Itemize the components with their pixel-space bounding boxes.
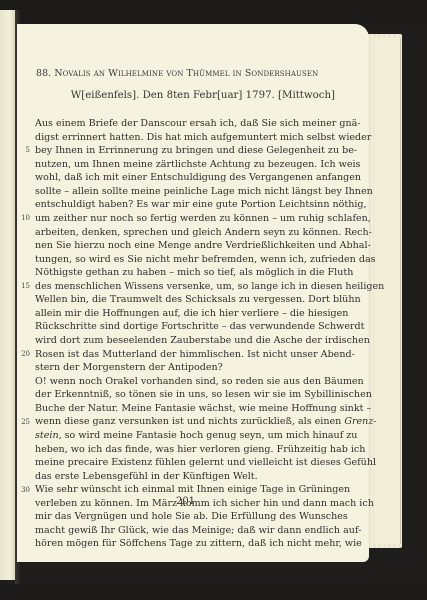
text-line: meine precaire Existenz fühlen gelernt u… (35, 456, 333, 470)
background-bottom (0, 584, 427, 600)
text-line: sollte – allein sollte meine peinliche L… (35, 185, 333, 199)
text-line: entschuldigt haben? Es war mir eine gute… (35, 198, 333, 212)
line-number: 20 (18, 350, 30, 358)
text-line: um zeither nur noch so fertig werden zu … (35, 212, 333, 226)
text-line-with-italic: wenn diese ganz versunken ist und nichts… (35, 415, 333, 429)
text-line: Nöthigste gethan zu haben – mich so tief… (35, 266, 333, 280)
text-line: mir das Vergnügen und hole Sie ab. Die E… (35, 510, 333, 524)
text-line: bey Ihnen in Errinnerung zu bringen und … (35, 144, 333, 158)
text-line: wohl, daß ich mit einer Entschuldigung d… (35, 171, 333, 185)
text-line: tungen, so wird es Sie nicht mehr befrem… (35, 253, 333, 267)
text-line: Rückschritte sind dortige Fortschritte –… (35, 320, 333, 334)
text-line: der Erkenntniß, so tönen sie in uns, so … (35, 388, 333, 402)
letter-dateline: W[eißenfels]. Den 8ten Febr[uar] 1797. [… (36, 90, 335, 101)
text-line: wird dort zum beseelenden Zauberstabe un… (35, 334, 333, 348)
text-segment: so wird meine Fantasie hoch genug seyn, … (62, 430, 358, 441)
text-line: stern der Morgenstern der Antipoden? (35, 361, 333, 375)
text-line: macht gewiß Ihr Glück, wie das Meinige; … (35, 524, 333, 538)
text-line: Rosen ist das Mutterland der himmlischen… (35, 348, 333, 362)
text-line: hören mögen für Söffchens Tage zu zitter… (35, 537, 333, 551)
text-line: Aus einem Briefe der Danscour ersah ich,… (35, 117, 333, 131)
letter-heading: 88. Novalis an Wilhelmine von Thümmel in… (36, 68, 346, 79)
line-number: 15 (18, 282, 30, 290)
facing-page-edge (0, 10, 16, 580)
line-number: 10 (18, 214, 30, 222)
text-line: des menschlichen Wissens versenke, um, s… (35, 280, 333, 294)
background-top (0, 0, 427, 24)
text-line: O! wenn noch Orakel vorhanden sind, so r… (35, 375, 333, 389)
text-line: allein mir die Hoffnungen auf, die ich h… (35, 307, 333, 321)
text-line: Wie sehr wünscht ich einmal mit Ihnen ei… (35, 483, 333, 497)
text-line: arbeiten, denken, sprechen und gleich An… (35, 226, 333, 240)
letter-number: 88. (36, 68, 51, 79)
letter-title: Novalis an Wilhelmine von Thümmel in Son… (54, 68, 318, 79)
italic-word: stein, (35, 430, 62, 441)
text-line: heben, wo ich das finde, was hier verlor… (35, 443, 333, 457)
line-number: 25 (18, 418, 30, 426)
line-number: 30 (18, 486, 30, 494)
text-line-with-italic: stein, so wird meine Fantasie hoch genug… (35, 429, 333, 443)
text-line: digst errinnert hatten. Dis hat mich auf… (35, 131, 333, 145)
line-number: 5 (18, 146, 30, 154)
text-line: Buche der Natur. Meine Fantasie wächst, … (35, 402, 333, 416)
page-number: 201 (36, 496, 335, 507)
letter-body: Aus einem Briefe der Danscour ersah ich,… (35, 117, 333, 551)
text-line: nen Sie hierzu noch eine Menge andre Ver… (35, 239, 333, 253)
text-segment: wenn diese ganz versunken ist und nichts… (35, 416, 344, 427)
text-line: das erste Lebensgefühl in der Künftigen … (35, 470, 333, 484)
text-line: nutzen, um Ihnen meine zärtlichste Achtu… (35, 158, 333, 172)
text-line: Wellen bin, die Traumwelt des Schicksals… (35, 293, 333, 307)
italic-word: Grenz- (344, 416, 376, 427)
